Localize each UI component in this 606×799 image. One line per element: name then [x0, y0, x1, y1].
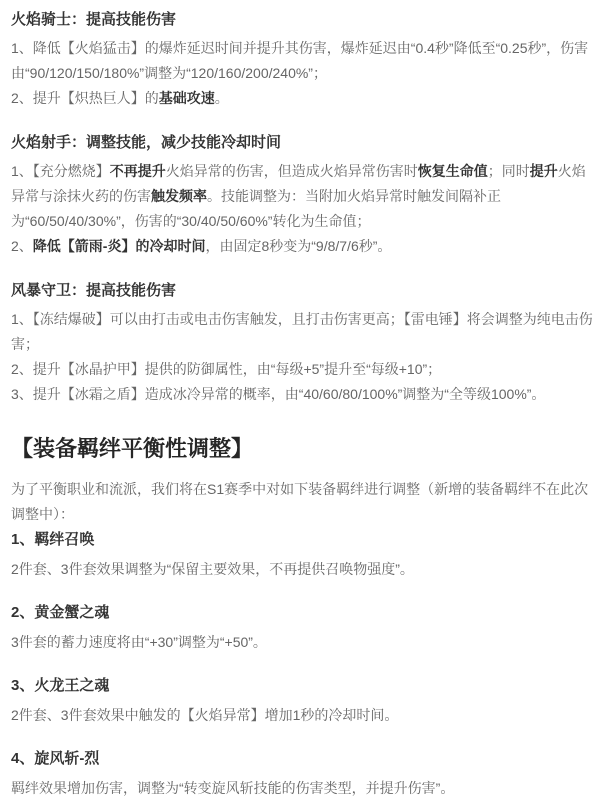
paragraph: 2、降低【箭雨-炎】的冷却时间，由固定8秒变为“9/8/7/6秒”。: [11, 234, 596, 259]
paragraph: 羁绊效果增加伤害，调整为“转变旋风斩技能的伤害类型，并提升伤害”。: [11, 776, 596, 799]
paragraph: 2件套、3件套效果调整为“保留主要效果，不再提供召唤物强度”。: [11, 557, 596, 582]
bold-text-run: 恢复生命值: [418, 163, 488, 179]
article: 火焰骑士：提高技能伤害1、降低【火焰猛击】的爆炸延迟时间并提升其伤害，爆炸延迟由…: [0, 0, 606, 799]
text-run: 3件套的蓄力速度将由“+30”调整为“+50”。: [11, 634, 267, 650]
text-run: ；同时: [488, 163, 530, 179]
text-run: 2、提升【冰晶护甲】提供的防御属性，由“每级+5”提升至“每级+10”；: [11, 361, 441, 377]
paragraph: 2件套、3件套效果中触发的【火焰异常】增加1秒的冷却时间。: [11, 703, 596, 728]
text-run: 2件套、3件套效果中触发的【火焰异常】增加1秒的冷却时间。: [11, 707, 398, 723]
text-run: 1、【充分燃烧】: [11, 163, 110, 179]
bold-text-run: 基础攻速: [159, 90, 215, 106]
section-heading: 火焰骑士：提高技能伤害: [11, 10, 596, 30]
section-heading: 风暴守卫：提高技能伤害: [11, 281, 596, 301]
paragraph: 2、提升【炽热巨人】的基础攻速。: [11, 86, 596, 111]
text-run: 羁绊效果增加伤害，调整为“转变旋风斩技能的伤害类型，并提升伤害”。: [11, 780, 454, 796]
text-run: 2件套、3件套效果调整为“保留主要效果，不再提供召唤物强度”。: [11, 561, 414, 577]
text-run: ，由固定8秒变为“9/8/7/6秒”。: [205, 238, 391, 254]
text-run: 2、: [11, 238, 33, 254]
item-heading: 4、旋风斩-烈: [11, 749, 596, 769]
text-run: 。: [215, 90, 229, 106]
text-run: 火焰异常的伤害，但造成火焰异常伤害时: [166, 163, 418, 179]
paragraph: 1、【充分燃烧】不再提升火焰异常的伤害，但造成火焰异常伤害时恢复生命值；同时提升…: [11, 159, 596, 234]
bold-text-run: 触发频率: [151, 188, 207, 204]
paragraph: 3件套的蓄力速度将由“+30”调整为“+50”。: [11, 630, 596, 655]
paragraph: 1、降低【火焰猛击】的爆炸延迟时间并提升其伤害，爆炸延迟由“0.4秒”降低至“0…: [11, 36, 596, 86]
paragraph: 为了平衡职业和流派，我们将在S1赛季中对如下装备羁绊进行调整（新增的装备羁绊不在…: [11, 477, 596, 527]
paragraph: 1、【冻结爆破】可以由打击或电击伤害触发，且打击伤害更高；【雷电锤】将会调整为纯…: [11, 307, 596, 357]
paragraph: 2、提升【冰晶护甲】提供的防御属性，由“每级+5”提升至“每级+10”；: [11, 357, 596, 382]
text-run: 1、【冻结爆破】可以由打击或电击伤害触发，且打击伤害更高；【雷电锤】将会调整为纯…: [11, 311, 593, 352]
text-run: 为了平衡职业和流派，我们将在S1赛季中对如下装备羁绊进行调整（新增的装备羁绊不在…: [11, 481, 588, 522]
bold-text-run: 不再提升: [110, 163, 166, 179]
item-heading: 2、黄金蟹之魂: [11, 603, 596, 623]
major-heading: 【装备羁绊平衡性调整】: [11, 435, 596, 463]
text-run: 1、降低【火焰猛击】的爆炸延迟时间并提升其伤害，爆炸延迟由“0.4秒”降低至“0…: [11, 40, 588, 81]
bold-text-run: 提升: [530, 163, 558, 179]
section-heading: 火焰射手：调整技能，减少技能冷却时间: [11, 133, 596, 153]
text-run: 2、提升【炽热巨人】的: [11, 90, 159, 106]
paragraph: 3、提升【冰霜之盾】造成冰冷异常的概率，由“40/60/80/100%”调整为“…: [11, 382, 596, 407]
item-heading: 3、火龙王之魂: [11, 676, 596, 696]
item-heading: 1、羁绊召唤: [11, 530, 596, 550]
text-run: 3、提升【冰霜之盾】造成冰冷异常的概率，由“40/60/80/100%”调整为“…: [11, 386, 545, 402]
bold-text-run: 降低【箭雨-炎】的冷却时间: [33, 238, 206, 254]
